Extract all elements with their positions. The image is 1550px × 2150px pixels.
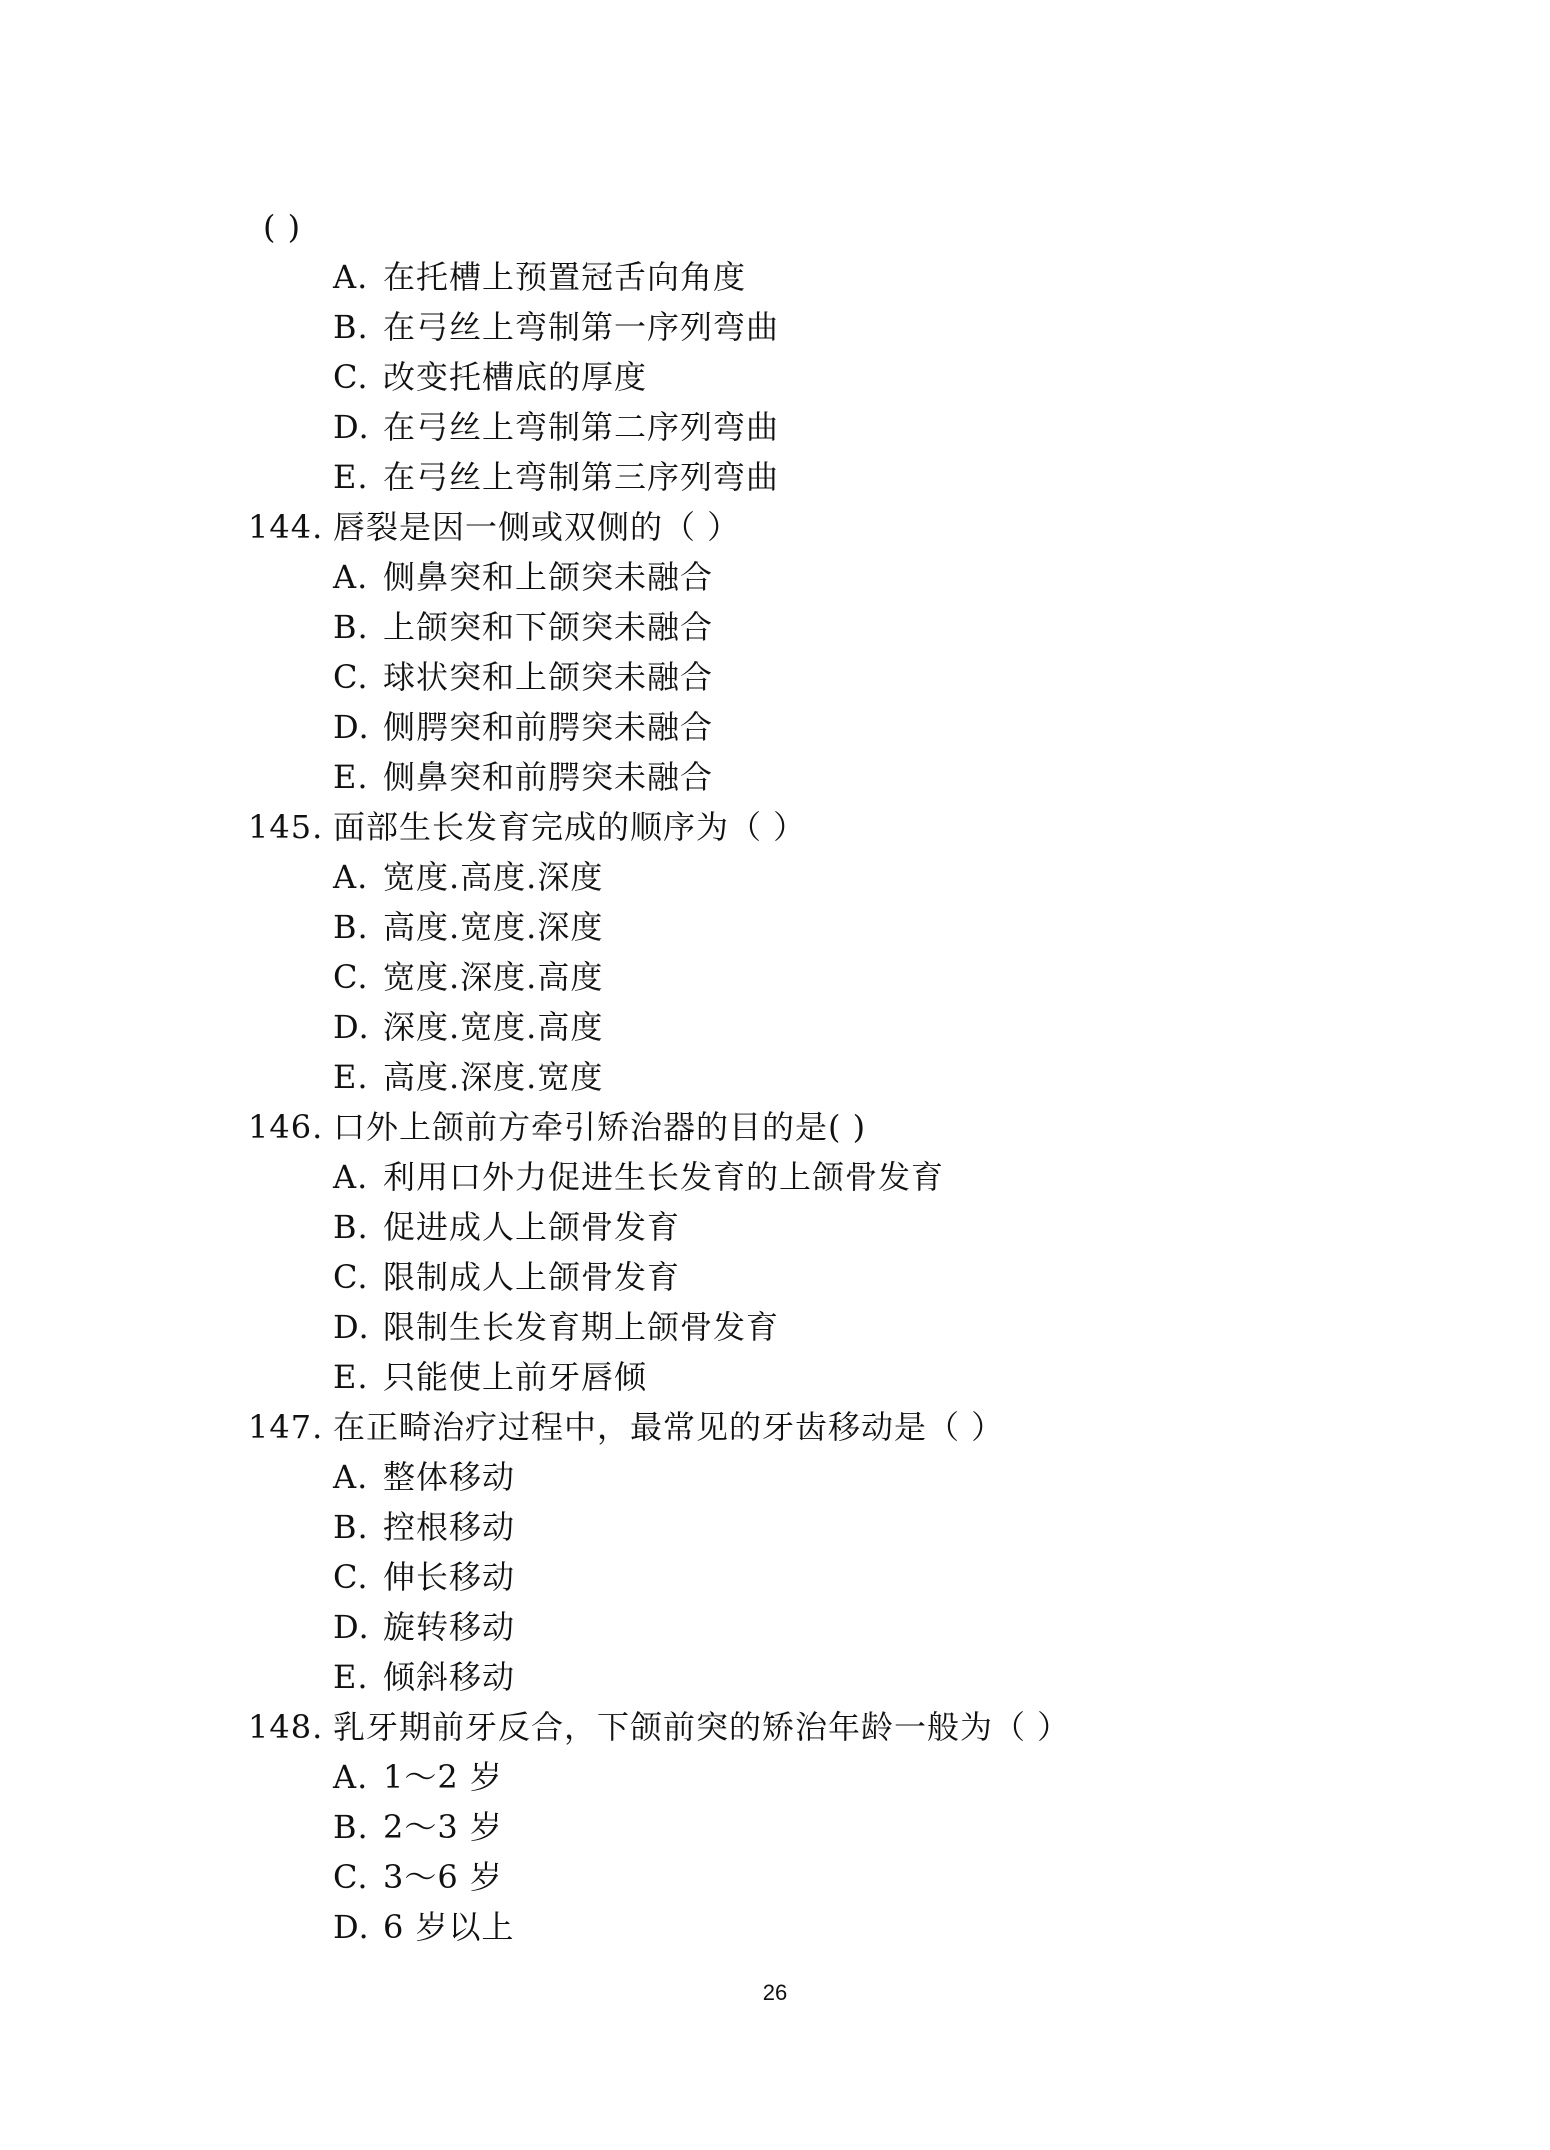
option-letter: D. xyxy=(333,1302,370,1352)
question-number: 144. xyxy=(248,502,323,552)
option-text: 限制生长发育期上颌骨发育 xyxy=(383,1302,779,1352)
option-letter: A. xyxy=(333,552,368,602)
question-text: 唇裂是因一侧或双侧的（ ） xyxy=(333,502,740,552)
option-text: 宽度.深度.高度 xyxy=(383,952,603,1002)
option-text: 宽度.高度.深度 xyxy=(383,852,603,902)
option-text: 深度.宽度.高度 xyxy=(383,1002,603,1052)
option-letter: A. xyxy=(333,1452,368,1502)
option-text: 6 岁以上 xyxy=(383,1902,515,1952)
option-text: 在弓丝上弯制第三序列弯曲 xyxy=(383,452,779,502)
option-letter: B. xyxy=(333,1802,369,1852)
option-text: 侧鼻突和上颌突未融合 xyxy=(383,552,713,602)
option-text: 整体移动 xyxy=(383,1452,515,1502)
option-letter: B. xyxy=(333,1202,369,1252)
question-number: 147. xyxy=(248,1402,323,1452)
option-text: 球状突和上颌突未融合 xyxy=(383,652,713,702)
option-text: 侧腭突和前腭突未融合 xyxy=(383,702,713,752)
option-letter: E. xyxy=(333,1352,369,1402)
option-letter: B. xyxy=(333,902,369,952)
answer-blank: ( ) xyxy=(263,202,301,252)
option-letter: C. xyxy=(333,952,369,1002)
option-text: 限制成人上颌骨发育 xyxy=(383,1252,680,1302)
option-text: 3～6 岁 xyxy=(383,1852,503,1902)
option-letter: E. xyxy=(333,1052,369,1102)
option-text: 只能使上前牙唇倾 xyxy=(383,1352,647,1402)
option-letter: A. xyxy=(333,852,368,902)
question-number: 145. xyxy=(248,802,323,852)
option-letter: C. xyxy=(333,352,369,402)
question-text: 在正畸治疗过程中，最常见的牙齿移动是（ ） xyxy=(333,1402,1004,1452)
question-text: 面部生长发育完成的顺序为（ ） xyxy=(333,802,806,852)
option-text: 在弓丝上弯制第一序列弯曲 xyxy=(383,302,779,352)
option-text: 在弓丝上弯制第二序列弯曲 xyxy=(383,402,779,452)
option-letter: E. xyxy=(333,452,369,502)
option-letter: B. xyxy=(333,1502,369,1552)
question-text: 口外上颌前方牵引矫治器的目的是( ) xyxy=(333,1102,866,1152)
option-letter: B. xyxy=(333,302,369,352)
option-text: 倾斜移动 xyxy=(383,1652,515,1702)
option-letter: C. xyxy=(333,1252,369,1302)
option-text: 上颌突和下颌突未融合 xyxy=(383,602,713,652)
option-text: 旋转移动 xyxy=(383,1602,515,1652)
option-letter: C. xyxy=(333,652,369,702)
option-text: 促进成人上颌骨发育 xyxy=(383,1202,680,1252)
page-number: 26 xyxy=(0,1980,1550,2006)
option-letter: E. xyxy=(333,1652,369,1702)
option-text: 2～3 岁 xyxy=(383,1802,503,1852)
question-number: 148. xyxy=(248,1702,323,1752)
option-letter: E. xyxy=(333,752,369,802)
option-text: 高度.深度.宽度 xyxy=(383,1052,603,1102)
option-letter: D. xyxy=(333,1002,370,1052)
option-text: 在托槽上预置冠舌向角度 xyxy=(383,252,746,302)
option-letter: A. xyxy=(333,252,368,302)
option-letter: D. xyxy=(333,402,370,452)
document-page: ( ) A. 在托槽上预置冠舌向角度 B. 在弓丝上弯制第一序列弯曲 C. 改变… xyxy=(0,0,1550,2150)
option-text: 侧鼻突和前腭突未融合 xyxy=(383,752,713,802)
option-letter: D. xyxy=(333,702,370,752)
option-letter: C. xyxy=(333,1552,369,1602)
option-text: 控根移动 xyxy=(383,1502,515,1552)
option-letter: A. xyxy=(333,1152,368,1202)
option-letter: A. xyxy=(333,1752,368,1802)
option-text: 利用口外力促进生长发育的上颌骨发育 xyxy=(383,1152,944,1202)
option-letter: B. xyxy=(333,602,369,652)
question-number: 146. xyxy=(248,1102,323,1152)
option-text: 伸长移动 xyxy=(383,1552,515,1602)
option-text: 1～2 岁 xyxy=(383,1752,503,1802)
option-letter: D. xyxy=(333,1602,370,1652)
option-text: 高度.宽度.深度 xyxy=(383,902,603,952)
option-letter: D. xyxy=(333,1902,370,1952)
option-text: 改变托槽底的厚度 xyxy=(383,352,647,402)
question-text: 乳牙期前牙反合，下颌前突的矫治年龄一般为（ ） xyxy=(333,1702,1070,1752)
option-letter: C. xyxy=(333,1852,369,1902)
